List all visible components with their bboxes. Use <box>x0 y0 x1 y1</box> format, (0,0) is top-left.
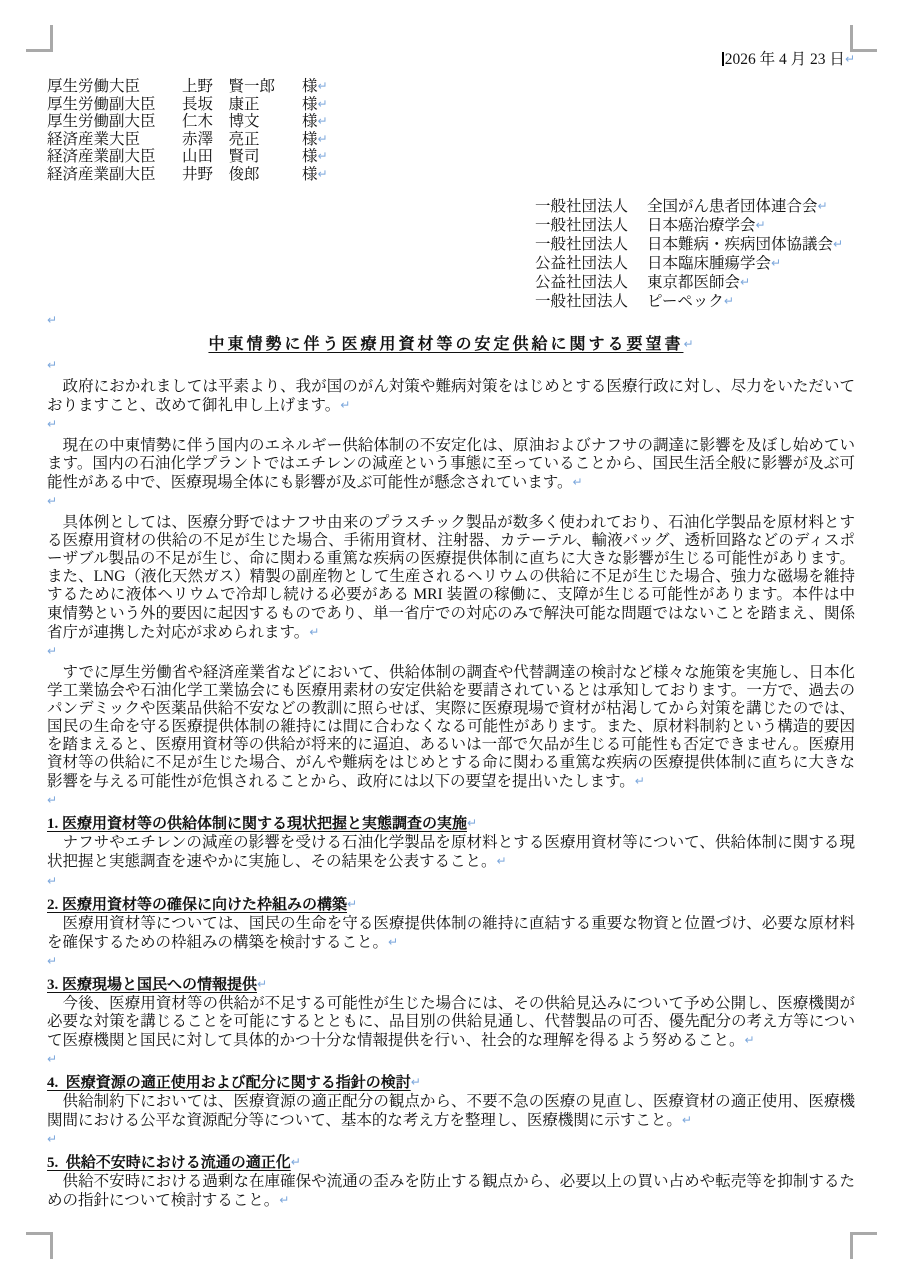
return-mark-icon: ↵ <box>635 774 645 788</box>
return-mark-icon: ↵ <box>47 313 57 327</box>
return-mark-icon: ↵ <box>318 114 328 128</box>
organization-name: 東京都医師会 <box>647 274 740 291</box>
addressee-honorific: 様 <box>302 96 318 113</box>
document-title: 中東情勢に伴う医療用資材等の安定供給に関する要望書↵ <box>47 333 855 356</box>
return-mark-icon: ↵ <box>47 494 57 508</box>
section-body: 今後、医療用資材等の供給が不足する可能性が生じた場合には、その供給見込みについて… <box>47 995 855 1050</box>
section-heading: 3. 医療現場と国民への情報提供↵ <box>47 974 855 995</box>
organization-name: 日本癌治療学会 <box>647 217 756 234</box>
return-mark-icon: ↵ <box>756 218 766 232</box>
request-section-2: 2. 医療用資材等の確保に向けた枠組みの構築↵ 医療用資材等については、国民の生… <box>47 894 855 952</box>
return-mark-icon: ↵ <box>318 97 328 111</box>
return-mark-icon: ↵ <box>497 854 507 868</box>
return-mark-icon: ↵ <box>47 793 57 807</box>
paragraph-background: 現在の中東情勢に伴う国内のエネルギー供給体制の不安定化は、原油およびナフサの調達… <box>47 437 855 492</box>
request-section-4: 4. 医療資源の適正使用および配分に関する指針の検討↵ 供給制約下においては、医… <box>47 1072 855 1130</box>
return-mark-icon: ↵ <box>47 417 57 431</box>
empty-paragraph: ↵ <box>47 415 855 437</box>
return-mark-icon: ↵ <box>388 935 398 949</box>
text-cursor <box>722 52 724 66</box>
return-mark-icon: ↵ <box>833 237 843 251</box>
margin-mark-bottom-left-icon <box>26 1232 53 1259</box>
organization-type: 公益社団法人 <box>535 273 647 292</box>
return-mark-icon: ↵ <box>340 398 350 412</box>
date-text: 2026 年 4 月 23 日 <box>725 51 845 68</box>
paragraph-examples: 具体例としては、医療分野ではナフサ由来のプラスチック製品が数多く使われており、石… <box>47 514 855 642</box>
request-section-5: 5. 供給不安時における流通の適正化↵ 供給不安時における過剰な在庫確保や流通の… <box>47 1152 855 1210</box>
return-mark-icon: ↵ <box>318 167 328 181</box>
addressee-honorific: 様 <box>302 148 318 165</box>
addressee-name: 井野 俊郎 <box>182 166 302 184</box>
addressee-name: 仁木 博文 <box>182 113 302 131</box>
section-heading-text: 5. 供給不安時における流通の適正化 <box>47 1155 291 1171</box>
section-body-text: ナフサやエチレンの減産の影響を受ける石油化学製品を原材料とする医療用資材等につい… <box>47 834 855 870</box>
organization-type: 一般社団法人 <box>535 216 647 235</box>
section-body-text: 供給不安時における過剰な在庫確保や流通の歪みを防止する観点から、必要以上の買い占… <box>47 1173 855 1209</box>
return-mark-icon: ↵ <box>318 132 328 146</box>
document-body: 2026 年 4 月 23 日↵ 厚生労働大臣上野 賢一郎様↵ 厚生労働副大臣長… <box>47 50 855 1210</box>
section-heading: 2. 医療用資材等の確保に向けた枠組みの構築↵ <box>47 894 855 915</box>
organization-type: 一般社団法人 <box>535 197 647 216</box>
return-mark-icon: ↵ <box>47 358 57 372</box>
return-mark-icon: ↵ <box>291 1155 301 1169</box>
section-body: 供給制約下においては、医療資源の適正配分の観点から、不要不急の医療の見直し、医療… <box>47 1093 855 1130</box>
return-mark-icon: ↵ <box>682 1113 692 1127</box>
return-mark-icon: ↵ <box>47 644 57 658</box>
addressee-name: 赤澤 亮正 <box>182 131 302 149</box>
margin-mark-bottom-right-icon <box>850 1232 877 1259</box>
organization-type: 一般社団法人 <box>535 235 647 254</box>
addressee-role: 経済産業大臣 <box>47 131 182 149</box>
addressee-role: 経済産業副大臣 <box>47 166 182 184</box>
addressee-row: 厚生労働副大臣仁木 博文様↵ <box>47 113 855 131</box>
organization-name: 日本難病・疾病団体協議会 <box>647 236 833 253</box>
organization-row: 公益社団法人東京都医師会↵ <box>535 273 855 292</box>
addressee-row: 経済産業副大臣山田 賢司様↵ <box>47 148 855 166</box>
paragraph-text: 現在の中東情勢に伴う国内のエネルギー供給体制の不安定化は、原油およびナフサの調達… <box>47 437 855 491</box>
request-section-3: 3. 医療現場と国民への情報提供↵ 今後、医療用資材等の供給が不足する可能性が生… <box>47 974 855 1050</box>
organization-row: 一般社団法人全国がん患者団体連合会↵ <box>535 197 855 216</box>
document-title-text: 中東情勢に伴う医療用資材等の安定供給に関する要望書 <box>208 336 683 353</box>
addressee-honorific: 様 <box>302 131 318 148</box>
paragraph-greeting: 政府におかれましては平素より、我が国のがん対策や難病対策をはじめとする医療行政に… <box>47 378 855 415</box>
section-body: ナフサやエチレンの減産の影響を受ける石油化学製品を原材料とする医療用資材等につい… <box>47 834 855 871</box>
return-mark-icon: ↵ <box>279 1193 289 1207</box>
organization-name: 日本臨床腫瘍学会 <box>647 255 771 272</box>
return-mark-icon: ↵ <box>47 954 57 968</box>
return-mark-icon: ↵ <box>257 977 267 991</box>
addressee-role: 厚生労働副大臣 <box>47 113 182 131</box>
section-body-text: 供給制約下においては、医療資源の適正配分の観点から、不要不急の医療の見直し、医療… <box>47 1093 855 1129</box>
return-mark-icon: ↵ <box>724 294 734 308</box>
addressee-honorific: 様 <box>302 78 318 95</box>
paragraph-text: すでに厚生労働省や経済産業省などにおいて、供給体制の調査や代替調達の検討など様々… <box>47 664 855 791</box>
addressee-row: 厚生労働大臣上野 賢一郎様↵ <box>47 78 855 96</box>
paragraph-text: 政府におかれましては平素より、我が国のがん対策や難病対策をはじめとする医療行政に… <box>47 378 855 414</box>
margin-mark-top-left-icon <box>26 25 53 52</box>
addressee-name: 山田 賢司 <box>182 148 302 166</box>
addressee-role: 厚生労働大臣 <box>47 78 182 96</box>
empty-paragraph: ↵ <box>47 1130 855 1152</box>
addressee-honorific: 様 <box>302 166 318 183</box>
request-section-1: 1. 医療用資材等の供給体制に関する現状把握と実態調査の実施↵ ナフサやエチレン… <box>47 813 855 871</box>
section-heading-text: 2. 医療用資材等の確保に向けた枠組みの構築 <box>47 897 347 913</box>
return-mark-icon: ↵ <box>318 79 328 93</box>
section-heading-text: 4. 医療資源の適正使用および配分に関する指針の検討 <box>47 1075 411 1091</box>
organization-row: 一般社団法人ピーペック↵ <box>535 292 855 311</box>
empty-paragraph: ↵ <box>47 791 855 813</box>
paragraph-request-intro: すでに厚生労働省や経済産業省などにおいて、供給体制の調査や代替調達の検討など様々… <box>47 664 855 792</box>
empty-paragraph: ↵ <box>47 872 855 894</box>
section-heading: 1. 医療用資材等の供給体制に関する現状把握と実態調査の実施↵ <box>47 813 855 834</box>
organization-type: 公益社団法人 <box>535 254 647 273</box>
organization-name: ピーペック <box>647 293 724 310</box>
addressee-row: 経済産業大臣赤澤 亮正様↵ <box>47 131 855 149</box>
section-body-text: 医療用資材等については、国民の生命を守る医療提供体制の維持に直結する重要な物資と… <box>47 915 855 951</box>
organization-name: 全国がん患者団体連合会 <box>647 198 818 215</box>
organization-block: 一般社団法人全国がん患者団体連合会↵ 一般社団法人日本癌治療学会↵ 一般社団法人… <box>47 197 855 311</box>
empty-paragraph: ↵ <box>47 356 855 378</box>
empty-paragraph: ↵ <box>47 642 855 664</box>
addressee-row: 経済産業副大臣井野 俊郎様↵ <box>47 166 855 184</box>
section-heading-text: 3. 医療現場と国民への情報提供 <box>47 977 257 993</box>
return-mark-icon: ↵ <box>818 199 828 213</box>
return-mark-icon: ↵ <box>745 1033 755 1047</box>
section-heading: 5. 供給不安時における流通の適正化↵ <box>47 1152 855 1173</box>
addressee-row: 厚生労働副大臣長坂 康正様↵ <box>47 96 855 114</box>
addressee-block: 厚生労働大臣上野 賢一郎様↵ 厚生労働副大臣長坂 康正様↵ 厚生労働副大臣仁木 … <box>47 78 855 184</box>
section-body: 医療用資材等については、国民の生命を守る医療提供体制の維持に直結する重要な物資と… <box>47 915 855 952</box>
return-mark-icon: ↵ <box>318 149 328 163</box>
section-heading: 4. 医療資源の適正使用および配分に関する指針の検討↵ <box>47 1072 855 1093</box>
margin-mark-top-right-icon <box>850 25 877 52</box>
organization-row: 一般社団法人日本難病・疾病団体協議会↵ <box>535 235 855 254</box>
return-mark-icon: ↵ <box>47 1132 57 1146</box>
organization-row: 公益社団法人日本臨床腫瘍学会↵ <box>535 254 855 273</box>
paragraph-text: 具体例としては、医療分野ではナフサ由来のプラスチック製品が数多く使われており、石… <box>47 514 855 641</box>
addressee-name: 長坂 康正 <box>182 96 302 114</box>
organization-type: 一般社団法人 <box>535 292 647 311</box>
return-mark-icon: ↵ <box>467 816 477 830</box>
return-mark-icon: ↵ <box>47 1052 57 1066</box>
empty-paragraph: ↵ <box>47 952 855 974</box>
addressee-role: 厚生労働副大臣 <box>47 96 182 114</box>
addressee-role: 経済産業副大臣 <box>47 148 182 166</box>
return-mark-icon: ↵ <box>47 874 57 888</box>
organization-row: 一般社団法人日本癌治療学会↵ <box>535 216 855 235</box>
return-mark-icon: ↵ <box>740 275 750 289</box>
addressee-honorific: 様 <box>302 113 318 130</box>
empty-paragraph: ↵ <box>47 1050 855 1072</box>
addressee-name: 上野 賢一郎 <box>182 78 302 96</box>
section-body-text: 今後、医療用資材等の供給が不足する可能性が生じた場合には、その供給見込みについて… <box>47 995 855 1049</box>
return-mark-icon: ↵ <box>771 256 781 270</box>
return-mark-icon: ↵ <box>309 625 319 639</box>
section-heading-text: 1. 医療用資材等の供給体制に関する現状把握と実態調査の実施 <box>47 816 467 832</box>
return-mark-icon: ↵ <box>411 1075 421 1089</box>
date-line: 2026 年 4 月 23 日↵ <box>47 50 855 69</box>
return-mark-icon: ↵ <box>683 337 693 351</box>
empty-paragraph: ↵ <box>47 311 855 333</box>
return-mark-icon: ↵ <box>845 52 855 66</box>
return-mark-icon: ↵ <box>347 897 357 911</box>
document-page: { "marks": { "pilcrow": "↵" }, "date": "… <box>0 0 900 1280</box>
empty-paragraph: ↵ <box>47 492 855 514</box>
section-body: 供給不安時における過剰な在庫確保や流通の歪みを防止する観点から、必要以上の買い占… <box>47 1173 855 1210</box>
return-mark-icon: ↵ <box>572 475 582 489</box>
